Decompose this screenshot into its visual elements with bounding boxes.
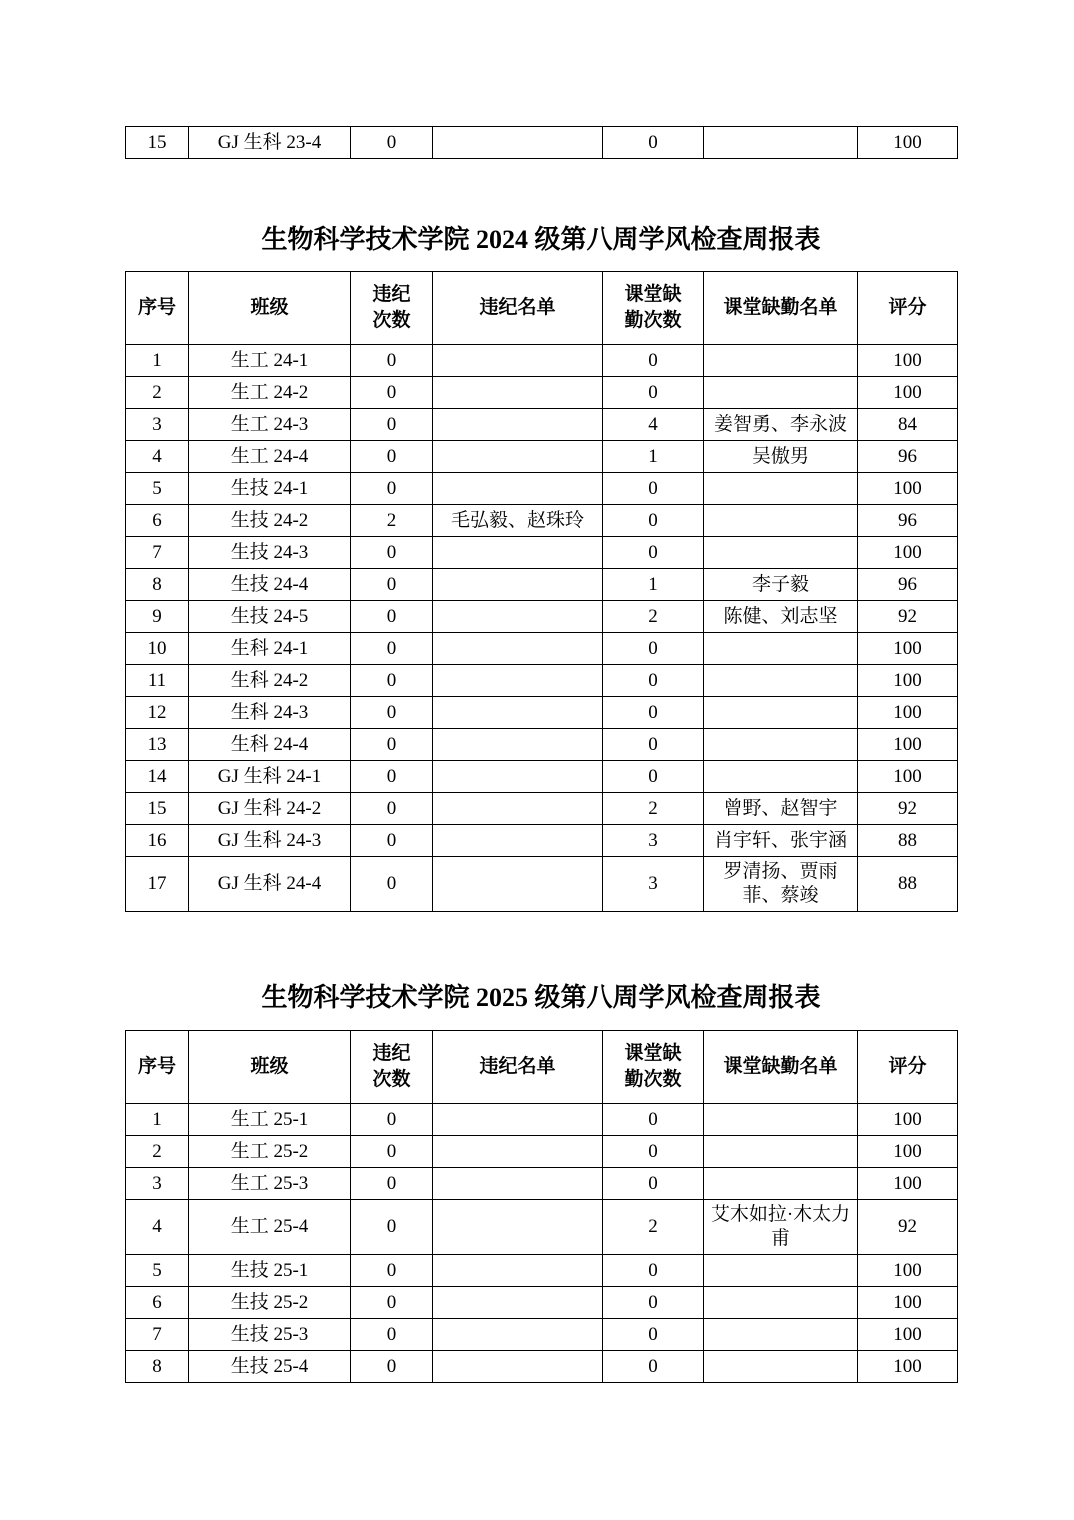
cell-class-name: 生技 25-2 [189, 1287, 351, 1319]
cell-violation-names [433, 569, 603, 601]
cell-absence-count: 0 [603, 1168, 704, 1200]
table-header-2025: 序号 班级 违纪 次数 违纪名单 课堂缺 勤次数 课堂缺勤名单 评分 [126, 1031, 958, 1104]
cell-score: 96 [858, 441, 958, 473]
cell-violation-count: 0 [351, 601, 433, 633]
cell-absence-names: 艾木如拉·木太力甫 [704, 1200, 858, 1255]
table-row: 11生科 24-200100 [126, 665, 958, 697]
cell-score: 100 [858, 1136, 958, 1168]
cell-absence-names: 陈健、刘志坚 [704, 601, 858, 633]
table-row: 7生技 25-300100 [126, 1319, 958, 1351]
cell-no: 8 [126, 569, 189, 601]
cell-absence-count: 0 [603, 1136, 704, 1168]
cell-absence-count: 0 [603, 1319, 704, 1351]
cell-no: 16 [126, 825, 189, 857]
table-row: 1生工 25-100100 [126, 1104, 958, 1136]
cell-violation-count: 0 [351, 825, 433, 857]
cell-score: 100 [858, 1351, 958, 1383]
cell-absence-count: 0 [603, 1104, 704, 1136]
cell-score: 100 [858, 1319, 958, 1351]
cell-violation-names [433, 1104, 603, 1136]
table-row: 8生技 24-401李子毅96 [126, 569, 958, 601]
table-row: 13生科 24-400100 [126, 729, 958, 761]
cell-no: 11 [126, 665, 189, 697]
cell-class-name: 生技 24-5 [189, 601, 351, 633]
cell-violation-names [433, 1168, 603, 1200]
cell-score: 100 [858, 697, 958, 729]
cell-absence-names [704, 665, 858, 697]
cell-absence-count: 0 [603, 665, 704, 697]
table-row: 3生工 25-300100 [126, 1168, 958, 1200]
cell-score: 100 [858, 729, 958, 761]
cell-class-name: 生工 25-1 [189, 1104, 351, 1136]
column-header-violation-names: 违纪名单 [433, 1031, 603, 1104]
cell-violation-count: 0 [351, 697, 433, 729]
cell-absence-names [704, 633, 858, 665]
table-body-2024: 1生工 24-1001002生工 24-2001003生工 24-304姜智勇、… [126, 345, 958, 912]
partial-report-table: 15GJ 生科 23-400100 [125, 126, 958, 159]
cell-violation-names [433, 857, 603, 912]
cell-score: 96 [858, 569, 958, 601]
cell-violation-names [433, 409, 603, 441]
cell-absence-count: 1 [603, 441, 704, 473]
cell-score: 100 [858, 633, 958, 665]
cell-absence-names [704, 697, 858, 729]
cell-class-name: GJ 生科 24-2 [189, 793, 351, 825]
cell-violation-count: 0 [351, 729, 433, 761]
cell-violation-names [433, 793, 603, 825]
table-row: 1生工 24-100100 [126, 345, 958, 377]
cell-violation-names [433, 665, 603, 697]
cell-absence-names [704, 537, 858, 569]
cell-absence-names [704, 1104, 858, 1136]
cell-no: 5 [126, 473, 189, 505]
cell-no: 2 [126, 1136, 189, 1168]
table-row: 2生工 24-200100 [126, 377, 958, 409]
report-title-2025: 生物科学技术学院 2025 级第八周学风检查周报表 [125, 980, 957, 1016]
report-table-2025: 序号 班级 违纪 次数 违纪名单 课堂缺 勤次数 课堂缺勤名单 评分 1生工 2… [125, 1030, 958, 1383]
cell-violation-count: 0 [351, 857, 433, 912]
cell-violation-names [433, 601, 603, 633]
cell-no: 5 [126, 1255, 189, 1287]
cell-violation-count: 0 [351, 633, 433, 665]
cell-absence-count: 2 [603, 1200, 704, 1255]
table-row: 16GJ 生科 24-303肖宇轩、张宇涵88 [126, 825, 958, 857]
cell-no: 6 [126, 1287, 189, 1319]
cell-no: 13 [126, 729, 189, 761]
cell-violation-count: 0 [351, 665, 433, 697]
cell-violation-count: 0 [351, 1168, 433, 1200]
cell-absence-count: 3 [603, 857, 704, 912]
cell-score: 84 [858, 409, 958, 441]
cell-class-name: 生科 24-2 [189, 665, 351, 697]
cell-absence-names [704, 1168, 858, 1200]
column-header-violation-names: 违纪名单 [433, 272, 603, 345]
cell-class-name: GJ 生科 24-1 [189, 761, 351, 793]
cell-absence-names [704, 1255, 858, 1287]
cell-absence-count: 0 [603, 537, 704, 569]
cell-no: 10 [126, 633, 189, 665]
cell-score: 100 [858, 1168, 958, 1200]
cell-absence-names: 肖宇轩、张宇涵 [704, 825, 858, 857]
cell-class-name: 生技 25-3 [189, 1319, 351, 1351]
cell-violation-count: 0 [351, 761, 433, 793]
cell-absence-count: 0 [603, 729, 704, 761]
column-header-class: 班级 [189, 1031, 351, 1104]
table-row: 9生技 24-502陈健、刘志坚92 [126, 601, 958, 633]
cell-violation-count: 0 [351, 569, 433, 601]
cell-class-name: 生工 24-3 [189, 409, 351, 441]
cell-absence-count: 0 [603, 761, 704, 793]
cell-score: 100 [858, 761, 958, 793]
table-row: 12生科 24-300100 [126, 697, 958, 729]
table-row: 15GJ 生科 23-400100 [126, 127, 958, 159]
cell-score: 100 [858, 665, 958, 697]
cell-violation-names [433, 761, 603, 793]
table-row: 5生技 24-100100 [126, 473, 958, 505]
cell-absence-names: 李子毅 [704, 569, 858, 601]
cell-absence-count: 0 [603, 505, 704, 537]
cell-violation-count: 0 [351, 377, 433, 409]
cell-absence-names [704, 1287, 858, 1319]
cell-class-name: 生技 24-1 [189, 473, 351, 505]
partial-table-body: 15GJ 生科 23-400100 [126, 127, 958, 159]
cell-class-name: 生工 24-2 [189, 377, 351, 409]
cell-class-name: 生科 24-3 [189, 697, 351, 729]
header-row: 序号 班级 违纪 次数 违纪名单 课堂缺 勤次数 课堂缺勤名单 评分 [126, 1031, 958, 1104]
cell-no: 7 [126, 1319, 189, 1351]
cell-violation-count: 0 [351, 127, 433, 159]
cell-absence-names [704, 505, 858, 537]
cell-violation-count: 0 [351, 1200, 433, 1255]
cell-violation-names [433, 633, 603, 665]
cell-absence-count: 0 [603, 1255, 704, 1287]
cell-violation-names [433, 1200, 603, 1255]
cell-absence-count: 0 [603, 1351, 704, 1383]
column-header-score: 评分 [858, 272, 958, 345]
cell-violation-count: 0 [351, 1255, 433, 1287]
cell-violation-names [433, 345, 603, 377]
table-header-2024: 序号 班级 违纪 次数 违纪名单 课堂缺 勤次数 课堂缺勤名单 评分 [126, 272, 958, 345]
table-row: 15GJ 生科 24-202曾野、赵智宇92 [126, 793, 958, 825]
cell-no: 7 [126, 537, 189, 569]
table-row: 2生工 25-200100 [126, 1136, 958, 1168]
cell-violation-names [433, 1136, 603, 1168]
cell-class-name: GJ 生科 23-4 [189, 127, 351, 159]
cell-violation-names [433, 697, 603, 729]
cell-absence-names [704, 729, 858, 761]
cell-absence-count: 2 [603, 601, 704, 633]
cell-violation-count: 0 [351, 1319, 433, 1351]
cell-class-name: 生技 25-4 [189, 1351, 351, 1383]
cell-no: 4 [126, 441, 189, 473]
cell-no: 2 [126, 377, 189, 409]
table-row: 4生工 25-402艾木如拉·木太力甫92 [126, 1200, 958, 1255]
cell-absence-count: 0 [603, 377, 704, 409]
cell-class-name: GJ 生科 24-4 [189, 857, 351, 912]
cell-score: 92 [858, 793, 958, 825]
cell-class-name: 生科 24-1 [189, 633, 351, 665]
table-row: 7生技 24-300100 [126, 537, 958, 569]
cell-violation-names [433, 377, 603, 409]
column-header-absence-count: 课堂缺 勤次数 [603, 1031, 704, 1104]
cell-violation-count: 0 [351, 1287, 433, 1319]
table-row: 8生技 25-400100 [126, 1351, 958, 1383]
cell-violation-names [433, 729, 603, 761]
table-row: 4生工 24-401吴傲男96 [126, 441, 958, 473]
cell-absence-count: 4 [603, 409, 704, 441]
cell-violation-count: 2 [351, 505, 433, 537]
column-header-no: 序号 [126, 272, 189, 345]
cell-score: 100 [858, 1104, 958, 1136]
cell-class-name: 生技 24-4 [189, 569, 351, 601]
column-header-violation-count: 违纪 次数 [351, 1031, 433, 1104]
cell-score: 100 [858, 377, 958, 409]
cell-violation-names [433, 473, 603, 505]
cell-score: 100 [858, 127, 958, 159]
cell-score: 100 [858, 473, 958, 505]
cell-absence-count: 1 [603, 569, 704, 601]
report-table-2024: 序号 班级 违纪 次数 违纪名单 课堂缺 勤次数 课堂缺勤名单 评分 1生工 2… [125, 271, 958, 912]
cell-violation-count: 0 [351, 473, 433, 505]
cell-score: 92 [858, 1200, 958, 1255]
cell-absence-count: 0 [603, 1287, 704, 1319]
cell-absence-count: 0 [603, 473, 704, 505]
header-row: 序号 班级 违纪 次数 违纪名单 课堂缺 勤次数 课堂缺勤名单 评分 [126, 272, 958, 345]
cell-absence-names: 罗清扬、贾雨菲、蔡竣 [704, 857, 858, 912]
table-row: 6生技 25-200100 [126, 1287, 958, 1319]
cell-violation-count: 0 [351, 793, 433, 825]
cell-violation-names: 毛弘毅、赵珠玲 [433, 505, 603, 537]
cell-score: 88 [858, 825, 958, 857]
cell-class-name: 生技 24-2 [189, 505, 351, 537]
cell-class-name: 生技 24-3 [189, 537, 351, 569]
cell-absence-names [704, 761, 858, 793]
cell-absence-names [704, 1136, 858, 1168]
cell-violation-count: 0 [351, 345, 433, 377]
cell-score: 100 [858, 345, 958, 377]
cell-no: 15 [126, 793, 189, 825]
cell-class-name: GJ 生科 24-3 [189, 825, 351, 857]
cell-absence-names [704, 1319, 858, 1351]
document-page: 15GJ 生科 23-400100 生物科学技术学院 2024 级第八周学风检查… [0, 0, 1074, 1383]
report-title-2024: 生物科学技术学院 2024 级第八周学风检查周报表 [125, 222, 957, 258]
cell-violation-names [433, 127, 603, 159]
table-row: 17GJ 生科 24-403罗清扬、贾雨菲、蔡竣88 [126, 857, 958, 912]
cell-class-name: 生工 25-3 [189, 1168, 351, 1200]
cell-no: 15 [126, 127, 189, 159]
cell-class-name: 生科 24-4 [189, 729, 351, 761]
cell-absence-count: 0 [603, 127, 704, 159]
cell-score: 96 [858, 505, 958, 537]
cell-violation-names [433, 1287, 603, 1319]
cell-violation-names [433, 1319, 603, 1351]
table-row: 14GJ 生科 24-100100 [126, 761, 958, 793]
cell-absence-names: 吴傲男 [704, 441, 858, 473]
column-header-absence-names: 课堂缺勤名单 [704, 1031, 858, 1104]
table-body-2025: 1生工 25-1001002生工 25-2001003生工 25-3001004… [126, 1104, 958, 1383]
cell-no: 1 [126, 345, 189, 377]
column-header-no: 序号 [126, 1031, 189, 1104]
cell-absence-count: 3 [603, 825, 704, 857]
cell-no: 4 [126, 1200, 189, 1255]
cell-absence-names [704, 345, 858, 377]
column-header-absence-names: 课堂缺勤名单 [704, 272, 858, 345]
cell-score: 88 [858, 857, 958, 912]
table-row: 10生科 24-100100 [126, 633, 958, 665]
cell-violation-names [433, 441, 603, 473]
cell-class-name: 生工 25-2 [189, 1136, 351, 1168]
cell-violation-count: 0 [351, 537, 433, 569]
cell-class-name: 生工 24-4 [189, 441, 351, 473]
cell-no: 3 [126, 409, 189, 441]
cell-absence-names [704, 1351, 858, 1383]
cell-absence-count: 2 [603, 793, 704, 825]
cell-violation-count: 0 [351, 1351, 433, 1383]
cell-violation-names [433, 825, 603, 857]
cell-no: 9 [126, 601, 189, 633]
cell-class-name: 生技 25-1 [189, 1255, 351, 1287]
column-header-violation-count: 违纪 次数 [351, 272, 433, 345]
cell-absence-count: 0 [603, 697, 704, 729]
table-row: 3生工 24-304姜智勇、李永波84 [126, 409, 958, 441]
cell-score: 100 [858, 537, 958, 569]
cell-violation-count: 0 [351, 1136, 433, 1168]
column-header-absence-count: 课堂缺 勤次数 [603, 272, 704, 345]
cell-score: 92 [858, 601, 958, 633]
cell-no: 8 [126, 1351, 189, 1383]
cell-violation-names [433, 537, 603, 569]
cell-absence-names: 曾野、赵智宇 [704, 793, 858, 825]
column-header-class: 班级 [189, 272, 351, 345]
cell-no: 12 [126, 697, 189, 729]
cell-score: 100 [858, 1255, 958, 1287]
cell-absence-count: 0 [603, 633, 704, 665]
cell-no: 6 [126, 505, 189, 537]
table-row: 6生技 24-22毛弘毅、赵珠玲096 [126, 505, 958, 537]
cell-no: 1 [126, 1104, 189, 1136]
cell-absence-names [704, 473, 858, 505]
cell-absence-count: 0 [603, 345, 704, 377]
column-header-score: 评分 [858, 1031, 958, 1104]
cell-violation-names [433, 1255, 603, 1287]
cell-class-name: 生工 24-1 [189, 345, 351, 377]
cell-absence-names: 姜智勇、李永波 [704, 409, 858, 441]
cell-score: 100 [858, 1287, 958, 1319]
cell-no: 14 [126, 761, 189, 793]
cell-absence-names [704, 377, 858, 409]
cell-violation-names [433, 1351, 603, 1383]
cell-no: 17 [126, 857, 189, 912]
cell-violation-count: 0 [351, 441, 433, 473]
cell-violation-count: 0 [351, 1104, 433, 1136]
cell-absence-names [704, 127, 858, 159]
cell-class-name: 生工 25-4 [189, 1200, 351, 1255]
table-row: 5生技 25-100100 [126, 1255, 958, 1287]
cell-violation-count: 0 [351, 409, 433, 441]
cell-no: 3 [126, 1168, 189, 1200]
